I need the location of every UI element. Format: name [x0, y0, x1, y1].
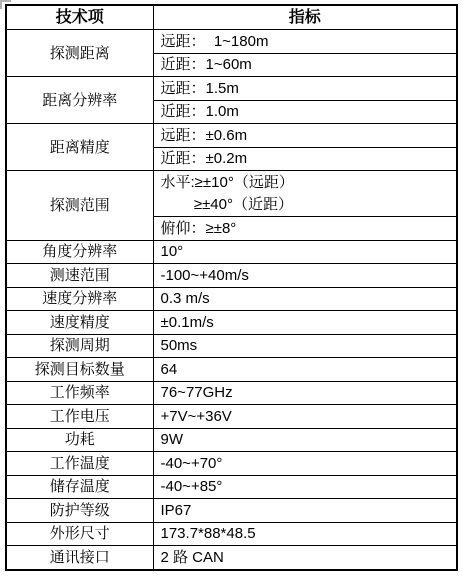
- spec-value: 0.3 m/s: [153, 287, 457, 311]
- table-row: 工作温度-40~+70°: [6, 452, 457, 476]
- spec-value: IP67: [153, 499, 457, 523]
- spec-label: 探测周期: [6, 334, 153, 358]
- table-row: 储存温度-40~+85°: [6, 475, 457, 499]
- spec-value: 远距： 1~180m: [153, 30, 457, 54]
- spec-value: +7V~+36V: [153, 405, 457, 429]
- header-row: 技术项 指标: [6, 5, 457, 30]
- spec-value: 64: [153, 358, 457, 382]
- table-row: 工作电压+7V~+36V: [6, 405, 457, 429]
- spec-label: 速度分辨率: [6, 287, 153, 311]
- table-row: 工作频率76~77GHz: [6, 381, 457, 405]
- spec-label: 工作温度: [6, 452, 153, 476]
- spec-label: 测速范围: [6, 264, 153, 288]
- spec-label: 距离精度: [6, 124, 153, 171]
- table-row: 外形尺寸173.7*88*48.5: [6, 522, 457, 546]
- spec-value: 近距：±0.2m: [153, 147, 457, 171]
- spec-value: ±0.1m/s: [153, 311, 457, 335]
- table-row: 距离精度远距：±0.6m: [6, 124, 457, 148]
- corner-artifact-vertical: [0, 0, 2, 9]
- spec-label: 工作电压: [6, 405, 153, 429]
- table-row: 距离分辨率远距：1.5m: [6, 77, 457, 101]
- table-row: 速度分辨率0.3 m/s: [6, 287, 457, 311]
- table-row: 探测周期50ms: [6, 334, 457, 358]
- spec-label: 角度分辨率: [6, 240, 153, 264]
- column-header-item: 技术项: [6, 5, 153, 30]
- table-row: 测速范围-100~+40m/s: [6, 264, 457, 288]
- spec-label: 通讯接口: [6, 546, 153, 570]
- spec-label: 探测范围: [6, 171, 153, 241]
- spec-label: 储存温度: [6, 475, 153, 499]
- spec-label: 探测目标数量: [6, 358, 153, 382]
- table-row: 防护等级IP67: [6, 499, 457, 523]
- spec-value: -40~+70°: [153, 452, 457, 476]
- spec-table-container: 技术项 指标 探测距离远距： 1~180m近距：1~60m距离分辨率远距：1.5…: [5, 4, 458, 571]
- spec-label: 距离分辨率: [6, 77, 153, 124]
- spec-value: 50ms: [153, 334, 457, 358]
- spec-label: 速度精度: [6, 311, 153, 335]
- table-row: 通讯接口2 路 CAN: [6, 546, 457, 570]
- table-row: 探测距离远距： 1~180m: [6, 30, 457, 54]
- spec-table-body: 探测距离远距： 1~180m近距：1~60m距离分辨率远距：1.5m近距：1.0…: [6, 30, 457, 570]
- spec-label: 工作频率: [6, 381, 153, 405]
- column-header-spec: 指标: [153, 5, 457, 30]
- table-row: 探测范围水平:≥±10°（远距） ≥±40°（近距）: [6, 171, 457, 217]
- table-row: 速度精度±0.1m/s: [6, 311, 457, 335]
- table-row: 角度分辨率10°: [6, 240, 457, 264]
- table-row: 探测目标数量64: [6, 358, 457, 382]
- spec-value: 2 路 CAN: [153, 546, 457, 570]
- spec-value: -100~+40m/s: [153, 264, 457, 288]
- spec-value: 水平:≥±10°（远距） ≥±40°（近距）: [153, 171, 457, 217]
- spec-table: 技术项 指标 探测距离远距： 1~180m近距：1~60m距离分辨率远距：1.5…: [5, 4, 458, 571]
- spec-value: 远距：±0.6m: [153, 124, 457, 148]
- spec-value: 近距：1.0m: [153, 100, 457, 124]
- table-row: 功耗9W: [6, 428, 457, 452]
- spec-label: 功耗: [6, 428, 153, 452]
- spec-label: 外形尺寸: [6, 522, 153, 546]
- spec-value: 10°: [153, 240, 457, 264]
- spec-label: 防护等级: [6, 499, 153, 523]
- spec-value: 9W: [153, 428, 457, 452]
- spec-value: -40~+85°: [153, 475, 457, 499]
- spec-label: 探测距离: [6, 30, 153, 77]
- spec-value: 173.7*88*48.5: [153, 522, 457, 546]
- spec-value: 近距：1~60m: [153, 53, 457, 77]
- spec-value: 远距：1.5m: [153, 77, 457, 101]
- spec-value: 76~77GHz: [153, 381, 457, 405]
- spec-value: 俯仰：≥±8°: [153, 217, 457, 241]
